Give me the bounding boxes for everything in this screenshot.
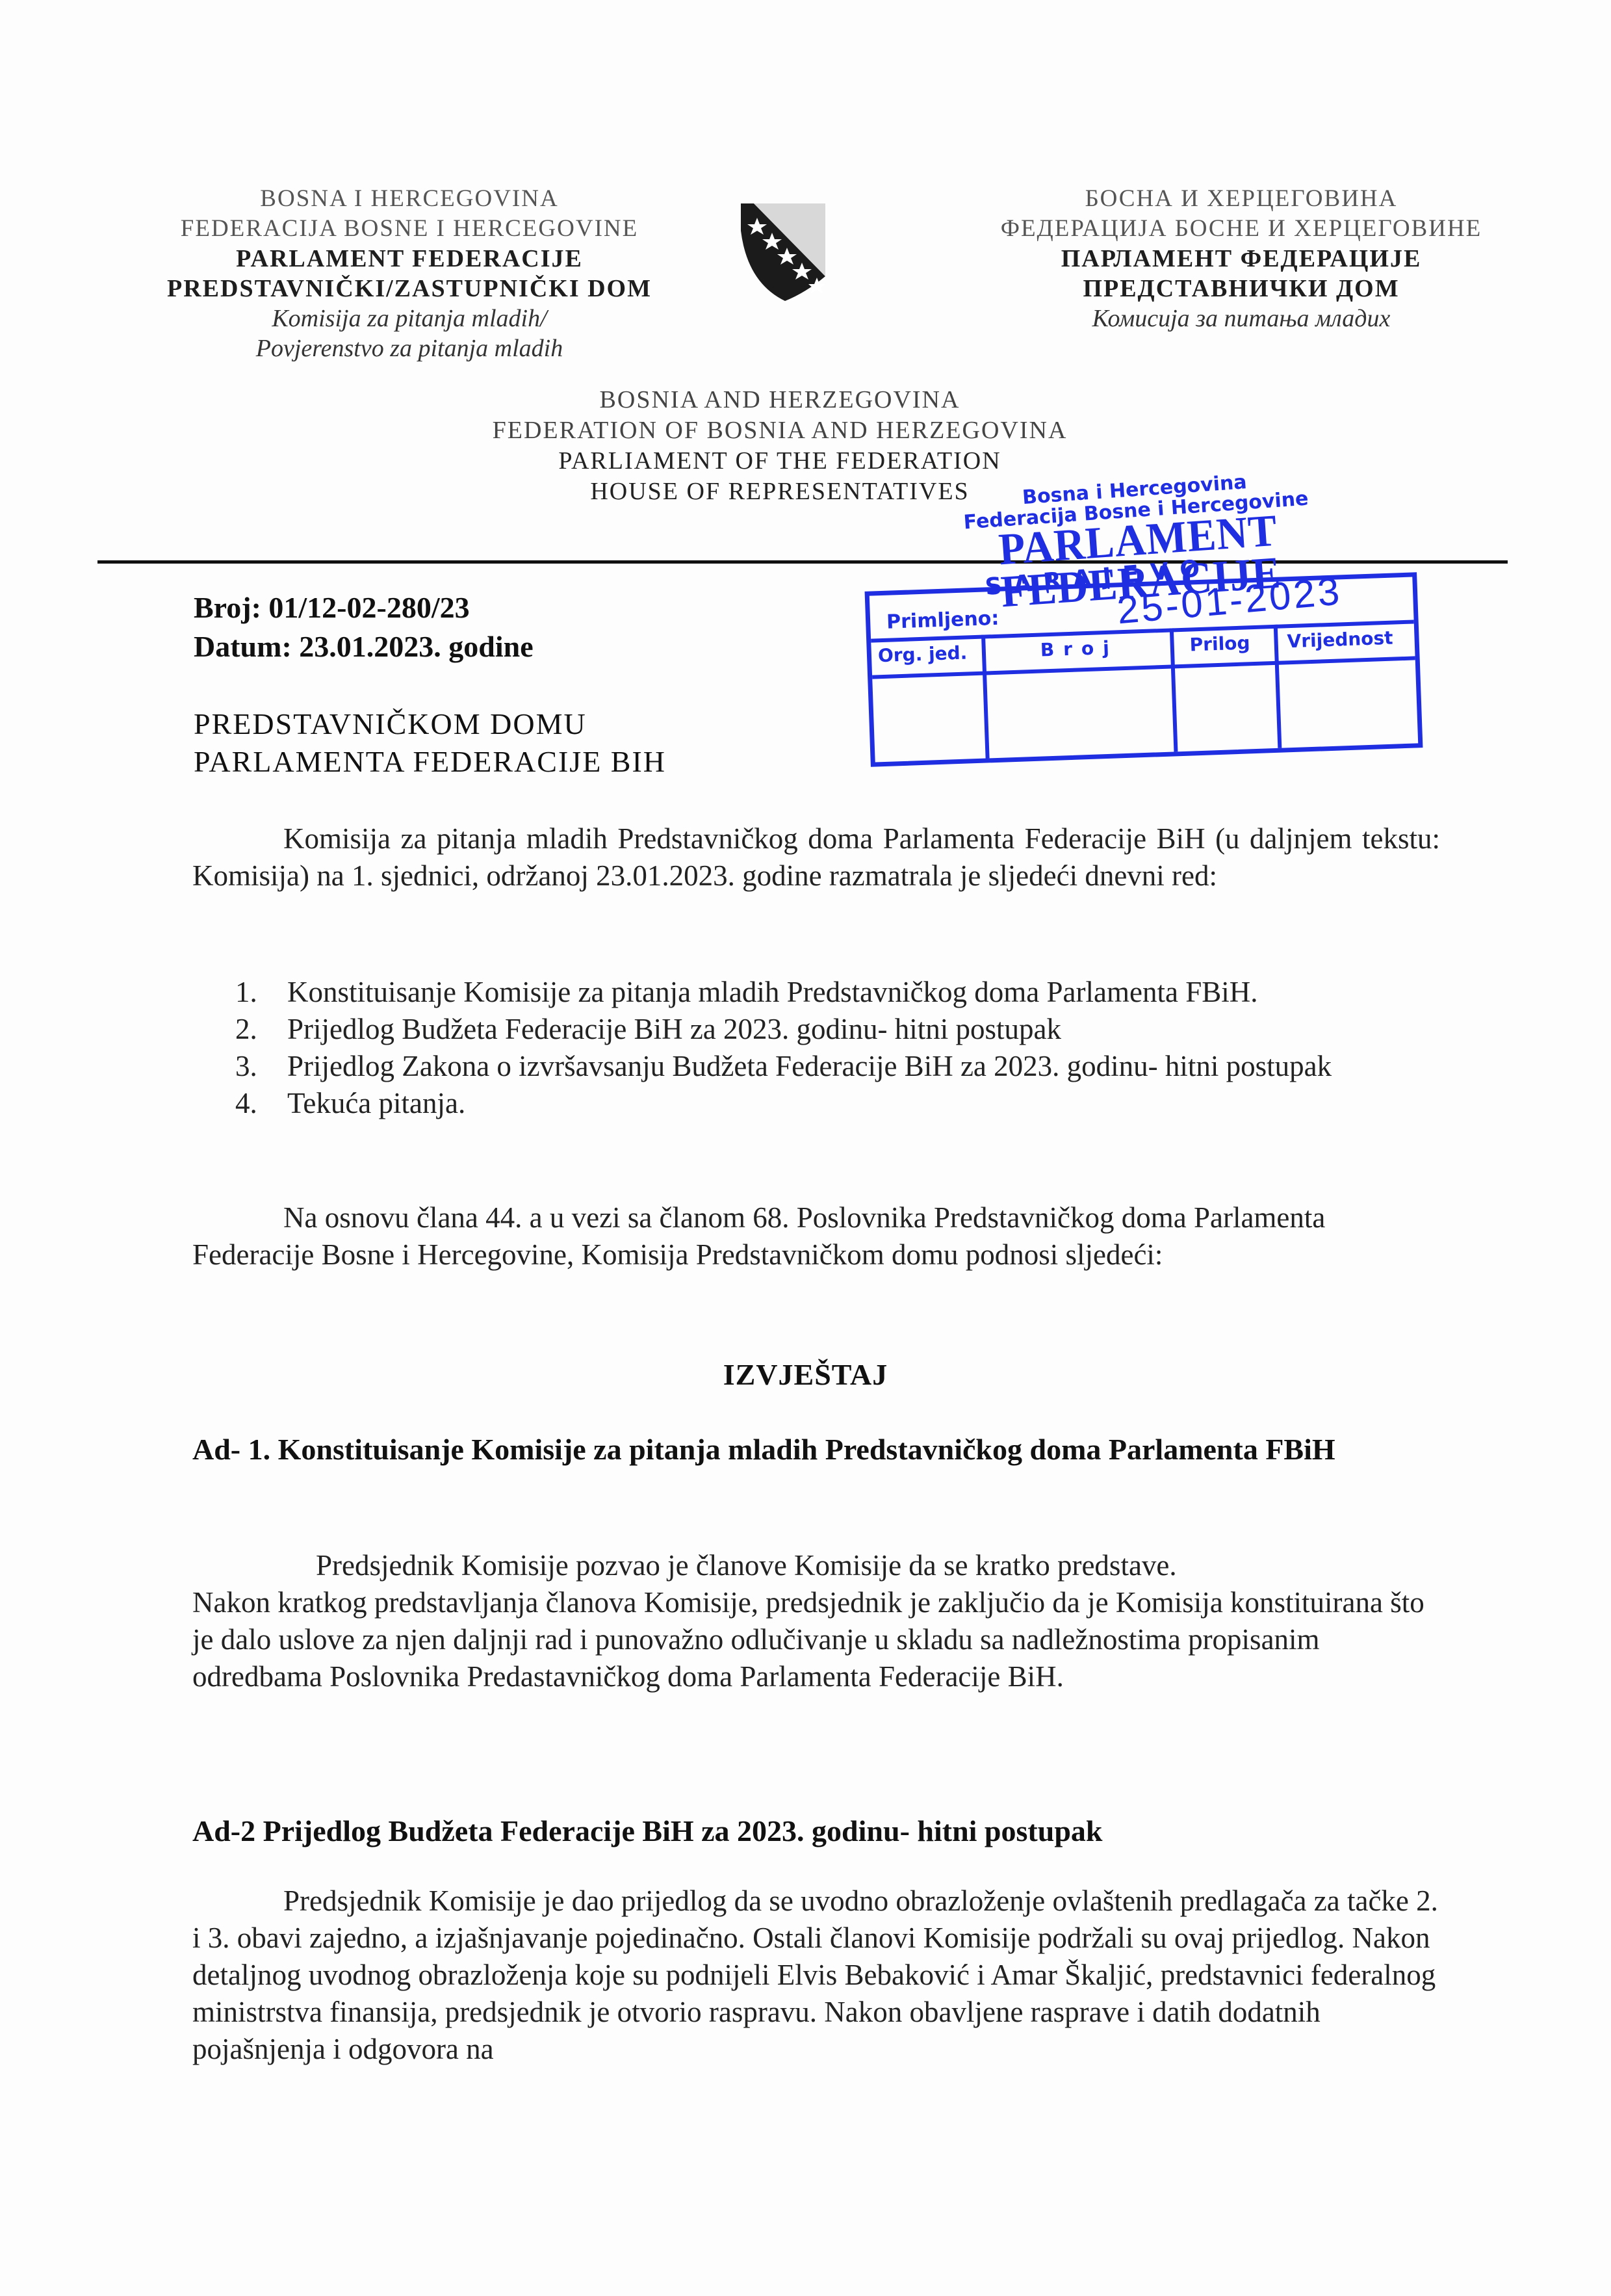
section-1-body: Predsjednik Komisije pozvao je članove K…: [192, 1547, 1427, 1695]
document-date: Datum: 23.01.2023. godine: [194, 627, 534, 666]
coat-of-arms-icon: [728, 185, 838, 302]
parliament-name-latin: PARLAMENT FEDERACIJE: [117, 244, 702, 274]
agenda-item-number: 4.: [235, 1085, 257, 1122]
section-heading-2: Ad-2 Prijedlog Budžeta Federacije BiH za…: [192, 1812, 1427, 1851]
agenda-item: 4.Tekuća pitanja.: [235, 1085, 1405, 1122]
country-name-cyrillic: БОСНА И ХЕРЦЕГОВИНА: [949, 184, 1534, 214]
agenda-item: 1.Konstituisanje Komisije za pitanja mla…: [235, 974, 1405, 1011]
document-meta: Broj: 01/12-02-280/23 Datum: 23.01.2023.…: [194, 588, 534, 666]
commission-name-alt: Povjerenstvo za pitanja mladih: [117, 333, 702, 363]
country-name-latin: BOSNA I HERCEGOVINA: [117, 184, 702, 214]
agenda-list: 1.Konstituisanje Komisije za pitanja mla…: [235, 974, 1405, 1122]
agenda-item-number: 2.: [235, 1011, 257, 1048]
agenda-item-number: 3.: [235, 1048, 257, 1085]
agenda-item-number: 1.: [235, 974, 257, 1011]
stamp-col-org: Org. jed.: [877, 642, 967, 666]
section-heading-1: Ad- 1. Konstituisanje Komisije za pitanj…: [192, 1430, 1427, 1469]
agenda-item-text: Prijedlog Budžeta Federacije BiH za 2023…: [287, 1013, 1061, 1045]
section-1-text: Nakon kratkog predstavljanja članova Kom…: [192, 1584, 1427, 1695]
letterhead-left: BOSNA I HERCEGOVINA FEDERACIJA BOSNE I H…: [117, 184, 702, 363]
addressee-line-1: PREDSTAVNIČKOM DOMU: [194, 705, 666, 743]
stamp-received-label: Primljeno:: [886, 607, 999, 634]
stamp-col-value: Vrijednost: [1287, 627, 1393, 653]
section-2-body: Predsjednik Komisije je dao prijedlog da…: [192, 1883, 1440, 2068]
agenda-item-text: Konstituisanje Komisije za pitanja mladi…: [287, 976, 1257, 1008]
received-stamp-box: Primljeno: 25-01-2023 Org. jed. Broj Pri…: [865, 572, 1423, 767]
parliament-name-english: PARLIAMENT OF THE FEDERATION: [390, 446, 1170, 476]
agenda-item: 3.Prijedlog Zakona o izvršavsanju Budžet…: [235, 1048, 1405, 1085]
commission-name: Komisija za pitanja mladih/: [117, 304, 702, 333]
addressee: PREDSTAVNIČKOM DOMU PARLAMENTA FEDERACIJ…: [194, 705, 666, 781]
house-name-cyrillic: ПРЕДСТАВНИЧКИ ДОМ: [949, 274, 1534, 304]
parliament-name-cyrillic: ПАРЛАМЕНТ ФЕДЕРАЦИЈЕ: [949, 244, 1534, 274]
agenda-item: 2.Prijedlog Budžeta Federacije BiH za 20…: [235, 1011, 1405, 1048]
stamp-col-number: Broj: [1040, 636, 1118, 660]
section-1-first-line: Predsjednik Komisije pozvao je članove K…: [192, 1547, 1427, 1584]
report-title: IZVJEŠTAJ: [0, 1357, 1611, 1392]
agenda-item-text: Tekuća pitanja.: [287, 1087, 465, 1119]
agenda-item-text: Prijedlog Zakona o izvršavsanju Budžeta …: [287, 1050, 1332, 1082]
commission-name-cyrillic: Комисија за питања младих: [949, 304, 1534, 333]
house-name-latin: PREDSTAVNIČKI/ZASTUPNIČKI DOM: [117, 274, 702, 304]
letterhead-right: БОСНА И ХЕРЦЕГОВИНА ФЕДЕРАЦИЈА БОСНЕ И Х…: [949, 184, 1534, 333]
addressee-line-2: PARLAMENTA FEDERACIJE BIH: [194, 743, 666, 781]
stamp-col-attachment: Prilog: [1189, 632, 1250, 655]
federation-name-english: FEDERATION OF BOSNIA AND HERZEGOVINA: [390, 415, 1170, 446]
legal-basis-paragraph: Na osnovu člana 44. a u vezi sa članom 6…: [192, 1199, 1427, 1273]
federation-name-latin: FEDERACIJA BOSNE I HERCEGOVINE: [117, 214, 702, 244]
federation-name-cyrillic: ФЕДЕРАЦИЈА БОСНЕ И ХЕРЦЕГОВИНЕ: [949, 214, 1534, 244]
intro-paragraph: Komisija za pitanja mladih Predstavničko…: [192, 820, 1440, 894]
document-number: Broj: 01/12-02-280/23: [194, 588, 534, 627]
country-name-english: BOSNIA AND HERZEGOVINA: [390, 385, 1170, 415]
